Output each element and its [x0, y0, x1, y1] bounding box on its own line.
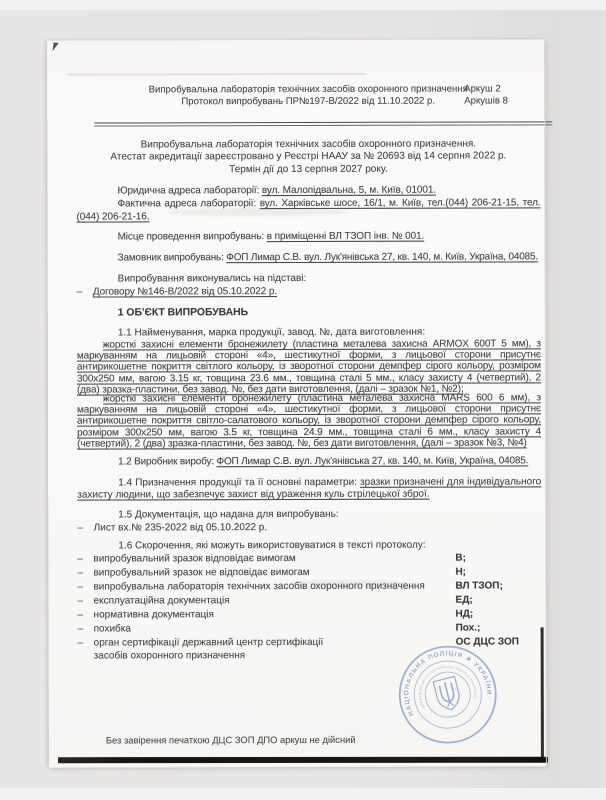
- legal-address-label: Юридична адреса лабораторії:: [117, 185, 261, 196]
- bullet-dash: –: [78, 624, 84, 636]
- abbreviation-label: орган сертифікації державний центр серти…: [94, 637, 324, 650]
- document-page: Випробувальна лабораторія технічних засо…: [47, 39, 547, 767]
- clause-1-5: 1.5 Документація, що надана для випробув…: [77, 508, 541, 521]
- test-object-2-paragraph: – жорсткі захисні елементи бронежилету (…: [77, 392, 541, 449]
- test-object-1-text: жорсткі захисні елементи бронежилету (пл…: [77, 338, 541, 395]
- official-round-stamp: НАЦІОНАЛЬНА ПОЛІЦІЯ ★ УКРАЇНИ ★ • ДЕРЖАВ…: [385, 631, 511, 757]
- scan-edge-shadow-bottom: [58, 757, 548, 763]
- abbreviation-row: – випробувальний зразок відповідає вимог…: [77, 552, 541, 567]
- customer-line: Замовник випробувань: ФОП Лимар С.В. вул…: [77, 251, 541, 264]
- stamp-ring-text: НАЦІОНАЛЬНА ПОЛІЦІЯ ★ УКРАЇНИ ★: [394, 640, 496, 720]
- accreditation-line: Атестат акредитації зареєстровано у Реєс…: [76, 151, 540, 165]
- test-object-1-paragraph: – жорсткі захисні елементи бронежилету (…: [77, 338, 541, 395]
- bullet-dash: –: [77, 523, 83, 534]
- test-place-label: Місце проведення випробувань:: [118, 231, 267, 242]
- title-block: Випробувальна лабораторія технічних засо…: [76, 138, 540, 176]
- abbreviation-value: Н;: [455, 567, 466, 579]
- scan-edge-shadow-right: [541, 627, 544, 760]
- abbreviation-label: випробувальний зразок відповідає вимогам: [93, 553, 295, 566]
- customer-value: ФОП Лимар С.В. вул. Лук'янівська 27, кв.…: [226, 251, 538, 263]
- section-1-title: 1 ОБ'ЄКТ ВИПРОБУВАНЬ: [77, 306, 541, 319]
- sheets-total: Аркушів 8: [464, 95, 544, 107]
- svg-text:НАЦІОНАЛЬНА ПОЛІЦІЯ ★ УКРАЇ: НАЦІОНАЛЬНА ПОЛІЦІЯ ★ УКРАЇНИ ★: [394, 640, 496, 720]
- paper-corner-fold: [52, 42, 58, 52]
- customer-label: Замовник випробувань:: [118, 252, 227, 263]
- manufacturer-label: 1.2 Виробник виробу:: [118, 456, 216, 467]
- header-divider: [94, 121, 552, 126]
- bullet-dash: –: [78, 610, 84, 622]
- legal-address-value: вул. Малопідвальна, 5, м. Київ, 01001.: [262, 185, 436, 196]
- abbreviation-value: ВЛ ТЗОП;: [455, 580, 502, 592]
- abbreviation-row: – випробувальний зразок не відповідає ви…: [77, 566, 541, 581]
- abbreviation-label: випробувальна лабораторія технічних засо…: [93, 581, 424, 594]
- sheet-number: Аркуш 2: [464, 83, 544, 95]
- bullet-dash: –: [77, 393, 108, 404]
- abbreviation-value: НД;: [456, 609, 474, 621]
- abbreviation-row: – експлуатаційна документація ЕД;: [78, 594, 542, 609]
- abbreviation-label: випробувальний зразок не відповідає вимо…: [93, 567, 309, 580]
- abbreviation-label: експлуатаційна документація: [94, 595, 230, 607]
- documentation-item: – Лист вх.№ 235-2022 від 05.10.2022 р.: [77, 521, 541, 534]
- bullet-dash: –: [77, 339, 108, 350]
- bullet-dash: –: [77, 568, 83, 580]
- validity-line: Термін дії до 13 серпня 2027 року.: [76, 163, 540, 177]
- addresses-paragraph: Юридична адреса лабораторії: вул. Малопі…: [76, 183, 540, 223]
- test-object-2-text: жорсткі захисні елементи бронежилету (пл…: [77, 392, 541, 449]
- abbreviation-row: – випробувальна лабораторія технічних за…: [77, 580, 541, 595]
- sheet-counter: Аркуш 2 Аркушів 8: [464, 83, 544, 106]
- test-place-line: Місце проведення випробувань: в приміщен…: [77, 230, 541, 243]
- purpose-label: 1.4 Призначення продукції та її основні …: [118, 477, 360, 489]
- abbreviation-row: – нормативна документація НД;: [78, 608, 542, 623]
- basis-intro: Випробування виконувались на підставі:: [77, 272, 541, 285]
- basis-item-value: Договору №146-В/2022 від 05.10.2022 р.: [93, 286, 277, 297]
- abbreviation-label: похибка: [94, 623, 131, 635]
- documentation-item-value: Лист вх.№ 235-2022 від 05.10.2022 р.: [94, 522, 267, 533]
- bullet-dash: –: [78, 596, 84, 608]
- abbreviation-value: ЕД;: [456, 595, 473, 607]
- actual-address-label: Фактична адреса лабораторії:: [117, 198, 259, 209]
- bullet-dash: –: [77, 554, 83, 566]
- clause-1-2: 1.2 Виробник виробу: ФОП Лимар С.В. вул.…: [77, 455, 541, 468]
- abbreviation-label: нормативна документація: [94, 609, 214, 621]
- test-place-value: в приміщенні ВЛ ТЗОП інв. № 001.: [267, 231, 424, 242]
- clause-1-4: 1.4 Призначення продукції та її основні …: [77, 476, 541, 502]
- abbreviation-label-line2: засобів охоронного призначення: [94, 650, 246, 662]
- trident-emblem-icon: [433, 676, 462, 712]
- bullet-dash: –: [77, 287, 82, 298]
- bullet-dash: –: [78, 638, 84, 650]
- abbreviation-value: В;: [455, 553, 466, 565]
- manufacturer-value: ФОП Лимар С.В. вул. Лук'янівська 27, кв.…: [216, 455, 528, 467]
- basis-item: – Договору №146-В/2022 від 05.10.2022 р.: [77, 285, 541, 298]
- bullet-dash: –: [77, 582, 83, 594]
- footer-validity-note: Без завірення печаткою ДЦС ЗОП ДПО аркуш…: [106, 734, 356, 747]
- paper-crease: [67, 73, 367, 76]
- clause-1-6: 1.6 Скорочення, які можуть використовува…: [77, 539, 541, 552]
